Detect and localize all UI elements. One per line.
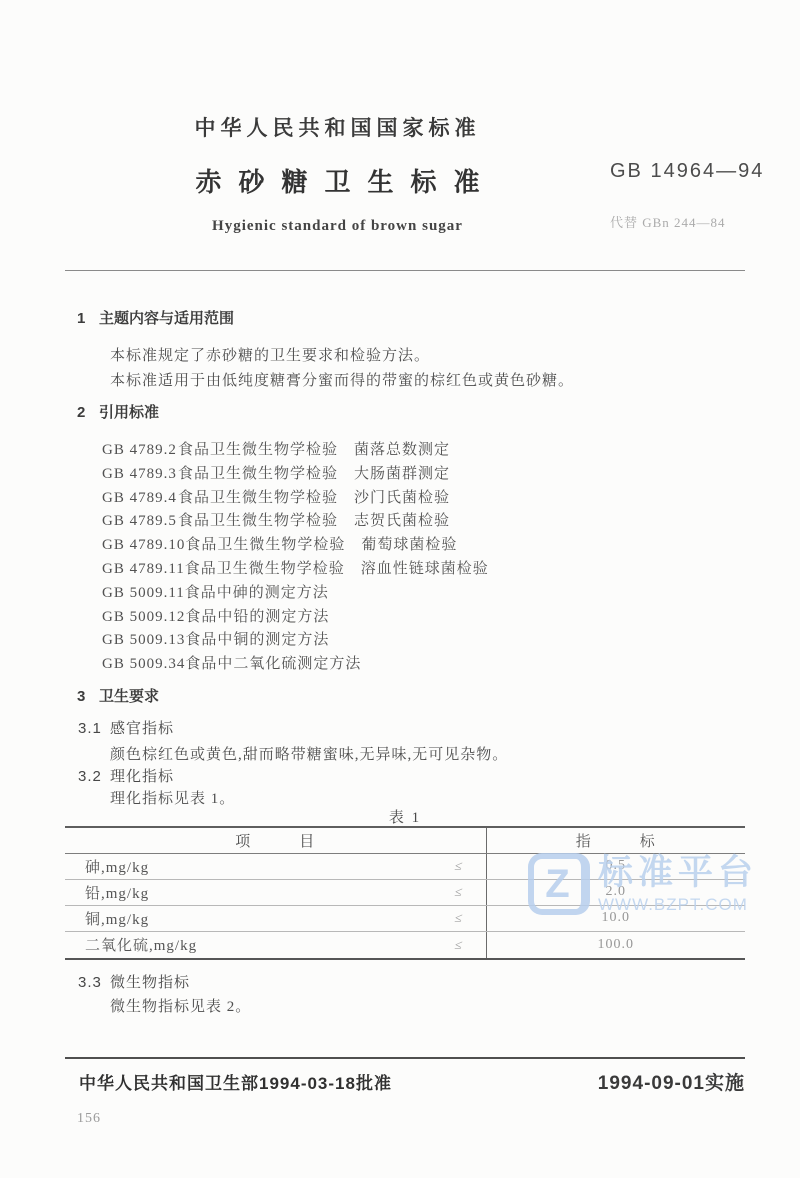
section-3-2-body: 理化指标见表 1。 bbox=[65, 788, 745, 810]
reference-code: GB 5009.12 bbox=[102, 606, 185, 630]
table-cell-value: 100.0 bbox=[487, 932, 745, 958]
section-3-3-title: 微生物指标 bbox=[110, 975, 190, 991]
document-page: 中华人民共和国国家标准 赤砂糖卫生标准 Hygienic standard of… bbox=[0, 0, 800, 1178]
implementation-text: 1994-09-01实施 bbox=[598, 1068, 745, 1095]
reference-name: 食品中二氧化硫测定方法 bbox=[185, 656, 361, 672]
table-1-header-item: 项 目 bbox=[65, 828, 487, 853]
paragraph: 本标准规定了赤砂糖的卫生要求和检验方法。 bbox=[65, 344, 745, 369]
reference-code: GB 4789.4 bbox=[102, 487, 178, 511]
table-cell-value: 0.5 bbox=[487, 854, 745, 879]
reference-code: GB 4789.11 bbox=[102, 558, 185, 582]
section-3-1-number: 3.1 bbox=[78, 718, 110, 740]
section-3-2-title: 理化指标 bbox=[110, 769, 174, 785]
section-3-1-title: 感官指标 bbox=[110, 721, 174, 737]
reference-item: GB 4789.3食品卫生微生物学检验 大肠菌群测定 bbox=[65, 463, 745, 487]
section-3-2-heading: 3.2理化指标 bbox=[65, 766, 745, 788]
reference-item: GB 5009.12食品中铅的测定方法 bbox=[65, 606, 745, 630]
item-label: 二氧化硫,mg/kg bbox=[85, 934, 197, 955]
document-subtitle-english: Hygienic standard of brown sugar bbox=[65, 218, 610, 235]
table-row: 二氧化硫,mg/kg≤100.0 bbox=[65, 932, 745, 958]
reference-name: 食品卫生微生物学检验 溶血性链球菌检验 bbox=[185, 561, 489, 577]
reference-list: GB 4789.2食品卫生微生物学检验 菌落总数测定GB 4789.3食品卫生微… bbox=[65, 439, 745, 677]
reference-item: GB 5009.11食品中砷的测定方法 bbox=[65, 582, 745, 606]
reference-code: GB 4789.5 bbox=[102, 510, 178, 534]
table-cell-item: 铅,mg/kg≤ bbox=[65, 880, 487, 905]
section-2-title: 引用标准 bbox=[99, 404, 159, 421]
document-body: 1主题内容与适用范围 本标准规定了赤砂糖的卫生要求和检验方法。 本标准适用于由低… bbox=[65, 270, 745, 1018]
section-2-heading: 2引用标准 bbox=[65, 402, 745, 424]
section-3-number: 3 bbox=[77, 686, 99, 708]
table-cell-item: 砷,mg/kg≤ bbox=[65, 854, 487, 879]
reference-name: 食品中砷的测定方法 bbox=[185, 585, 329, 601]
document-title: 赤砂糖卫生标准 bbox=[65, 162, 610, 199]
table-row: 铅,mg/kg≤2.0 bbox=[65, 880, 745, 906]
reference-item: GB 4789.5食品卫生微生物学检验 志贺氏菌检验 bbox=[65, 510, 745, 534]
reference-name: 食品卫生微生物学检验 沙门氏菌检验 bbox=[178, 490, 450, 506]
item-label: 铅,mg/kg bbox=[85, 882, 149, 903]
table-1-caption: 表 1 bbox=[65, 810, 745, 826]
section-1-number: 1 bbox=[77, 308, 99, 330]
page-number: 156 bbox=[65, 1111, 745, 1127]
standard-code: GB 14964—94 bbox=[610, 160, 764, 183]
table-cell-item: 铜,mg/kg≤ bbox=[65, 906, 487, 931]
section-3-1-body: 颜色棕红色或黄色,甜而略带糖蜜味,无异味,无可见杂物。 bbox=[65, 744, 745, 766]
reference-item: GB 4789.4食品卫生微生物学检验 沙门氏菌检验 bbox=[65, 487, 745, 511]
less-than-or-equal-icon: ≤ bbox=[454, 910, 466, 926]
reference-name: 食品中铅的测定方法 bbox=[185, 609, 329, 625]
item-label: 铜,mg/kg bbox=[85, 908, 149, 929]
paragraph: 本标准适用于由低纯度糖膏分蜜而得的带蜜的棕红色或黄色砂糖。 bbox=[65, 369, 745, 394]
section-3-3-heading: 3.3微生物指标 bbox=[65, 972, 745, 994]
table-1: 项 目 指 标 砷,mg/kg≤0.5铅,mg/kg≤2.0铜,mg/kg≤10… bbox=[65, 826, 745, 960]
item-label: 砷,mg/kg bbox=[85, 856, 149, 877]
reference-code: GB 5009.11 bbox=[102, 582, 185, 606]
section-1-heading: 1主题内容与适用范围 bbox=[65, 308, 745, 330]
section-1-paragraphs: 本标准规定了赤砂糖的卫生要求和检验方法。 本标准适用于由低纯度糖膏分蜜而得的带蜜… bbox=[65, 344, 745, 394]
reference-code: GB 5009.13 bbox=[102, 629, 185, 653]
section-1-title: 主题内容与适用范围 bbox=[99, 310, 234, 327]
reference-code: GB 4789.3 bbox=[102, 463, 178, 487]
reference-name: 食品卫生微生物学检验 葡萄球菌检验 bbox=[185, 537, 457, 553]
reference-name: 食品卫生微生物学检验 志贺氏菌检验 bbox=[178, 513, 450, 529]
reference-item: GB 4789.10食品卫生微生物学检验 葡萄球菌检验 bbox=[65, 534, 745, 558]
reference-item: GB 4789.11食品卫生微生物学检验 溶血性链球菌检验 bbox=[65, 558, 745, 582]
section-3-title: 卫生要求 bbox=[99, 688, 159, 705]
section-2-number: 2 bbox=[77, 402, 99, 424]
section-3-3-number: 3.3 bbox=[78, 972, 110, 994]
section-3-heading: 3卫生要求 bbox=[65, 686, 745, 708]
document-footer: 中华人民共和国卫生部1994-03-18批准 1994-09-01实施 156 bbox=[65, 1057, 745, 1127]
reference-code: GB 5009.34 bbox=[102, 653, 185, 677]
reference-name: 食品中铜的测定方法 bbox=[185, 632, 329, 648]
reference-name: 食品卫生微生物学检验 菌落总数测定 bbox=[178, 442, 450, 458]
section-3-1-heading: 3.1感官指标 bbox=[65, 718, 745, 740]
section-3-2-number: 3.2 bbox=[78, 766, 110, 788]
less-than-or-equal-icon: ≤ bbox=[454, 884, 466, 900]
less-than-or-equal-icon: ≤ bbox=[454, 937, 466, 953]
table-1-header-row: 项 目 指 标 bbox=[65, 828, 745, 854]
table-row: 铜,mg/kg≤10.0 bbox=[65, 906, 745, 932]
table-cell-value: 2.0 bbox=[487, 880, 745, 905]
reference-code: GB 4789.2 bbox=[102, 439, 178, 463]
section-3-3-body: 微生物指标见表 2。 bbox=[65, 996, 745, 1018]
table-cell-value: 10.0 bbox=[487, 906, 745, 931]
national-standard-label: 中华人民共和国国家标准 bbox=[65, 112, 610, 142]
table-1-body: 砷,mg/kg≤0.5铅,mg/kg≤2.0铜,mg/kg≤10.0二氧化硫,m… bbox=[65, 854, 745, 958]
reference-item: GB 5009.34食品中二氧化硫测定方法 bbox=[65, 653, 745, 677]
reference-code: GB 4789.10 bbox=[102, 534, 185, 558]
reference-item: GB 4789.2食品卫生微生物学检验 菌落总数测定 bbox=[65, 439, 745, 463]
approval-text: 中华人民共和国卫生部1994-03-18批准 bbox=[65, 1069, 392, 1094]
footer-row: 中华人民共和国卫生部1994-03-18批准 1994-09-01实施 bbox=[65, 1068, 745, 1095]
reference-item: GB 5009.13食品中铜的测定方法 bbox=[65, 629, 745, 653]
less-than-or-equal-icon: ≤ bbox=[454, 858, 466, 874]
table-cell-item: 二氧化硫,mg/kg≤ bbox=[65, 932, 487, 958]
reference-name: 食品卫生微生物学检验 大肠菌群测定 bbox=[178, 466, 450, 482]
table-1-header-value: 指 标 bbox=[487, 828, 745, 853]
replaces-note: 代替 GBn 244—84 bbox=[610, 212, 726, 231]
table-row: 砷,mg/kg≤0.5 bbox=[65, 854, 745, 880]
